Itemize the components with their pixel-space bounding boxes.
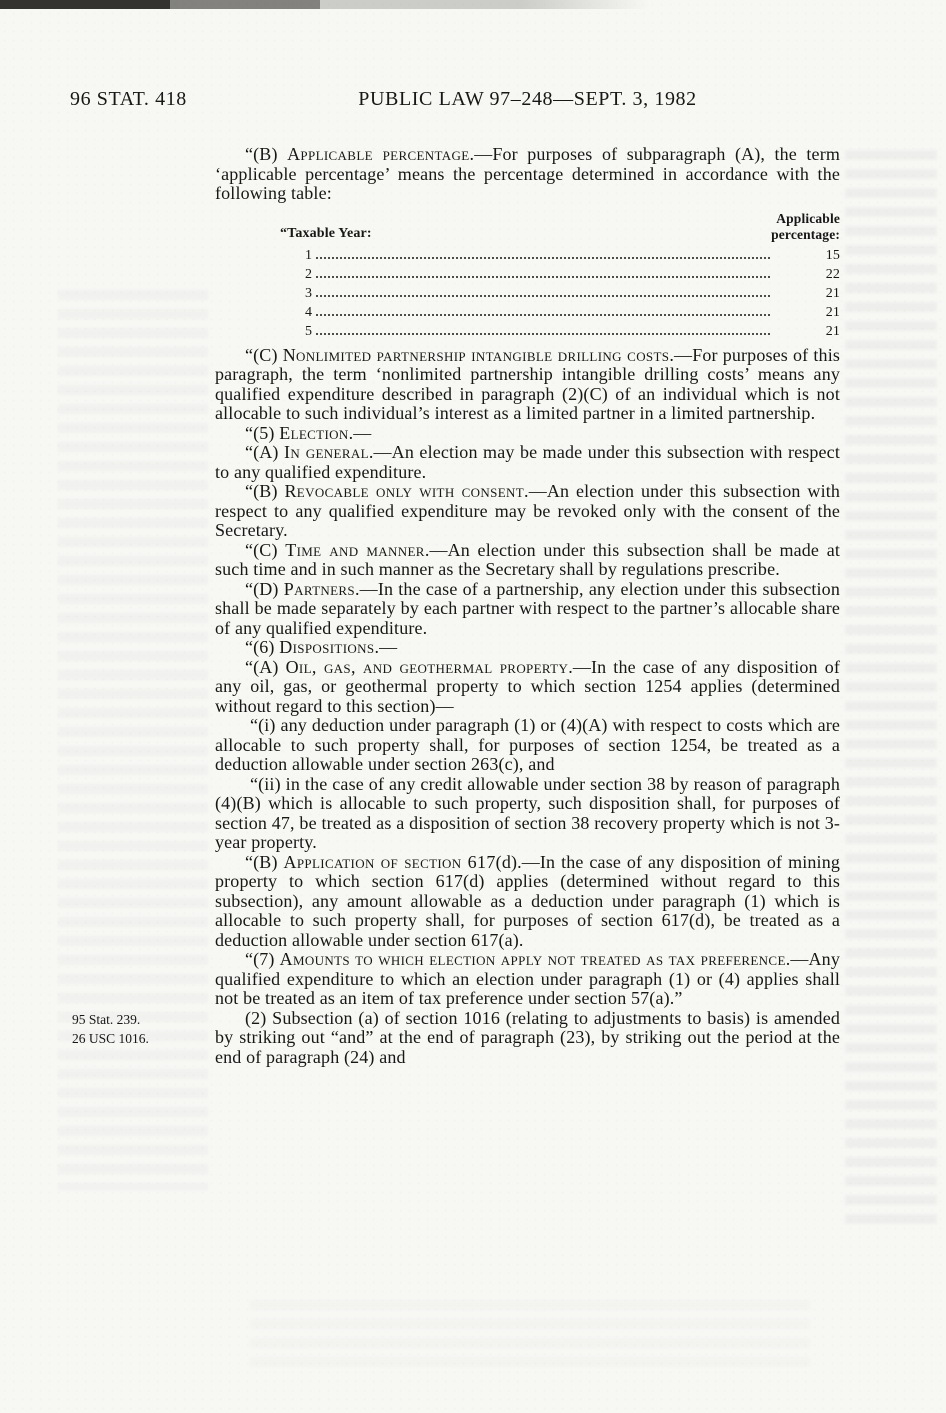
- text-run: Application of section 617: [283, 852, 495, 872]
- table-percentage-cell: 22: [804, 265, 840, 284]
- table-row: 421: [215, 303, 840, 322]
- document-page: { "header": { "stat_label": "96 STAT. 41…: [0, 0, 946, 1413]
- bleed-through-artifact: [58, 290, 208, 1190]
- text-run: “(A): [245, 657, 286, 677]
- paragraph: “(5) Election.—: [215, 424, 840, 444]
- dot-leader: [316, 314, 770, 316]
- table-row: 222: [215, 265, 840, 284]
- text-run: Nonlimited partnership intangible drilli…: [283, 345, 670, 365]
- table-year-cell: 2: [305, 265, 312, 284]
- text-run: “(5): [245, 423, 279, 443]
- paragraph: “(7) Amounts to which election apply not…: [215, 950, 840, 1009]
- page-title: PUBLIC LAW 97–248—SEPT. 3, 1982: [215, 88, 840, 111]
- paragraph: “(6) Dispositions.—: [215, 638, 840, 658]
- table-percentage-cell: 15: [804, 246, 840, 265]
- paragraph: “(B) Revocable only with consent.—An ele…: [215, 482, 840, 541]
- applicable-percentage-table: “Taxable Year:Applicablepercentage:11522…: [215, 211, 840, 341]
- text-run: “(B): [245, 481, 284, 501]
- text-run: “(6): [245, 637, 279, 657]
- margin-note-line: 95 Stat. 239.: [72, 1011, 149, 1030]
- text-run: “(i) any deduction under paragraph (1) o…: [215, 715, 840, 774]
- page-stat-number: 96 STAT. 418: [70, 88, 187, 111]
- table-col2-header-line: percentage:: [771, 227, 840, 242]
- text-run: Amounts to which election apply not trea…: [280, 949, 786, 969]
- table-year-cell: 1: [305, 246, 312, 265]
- table-row: 521: [215, 322, 840, 341]
- table-row: 321: [215, 284, 840, 303]
- dot-leader: [316, 276, 770, 278]
- text-run: “(ii) in the case of any credit allowabl…: [215, 774, 840, 853]
- bleed-through-artifact: [250, 1300, 810, 1370]
- table-col2-header-line: Applicable: [776, 211, 840, 226]
- text-run: In general: [284, 442, 369, 462]
- paragraph: “(A) In general.—An election may be made…: [215, 443, 840, 482]
- table-row: 115: [215, 246, 840, 265]
- text-run: (2) Subsection (a) of section 1016 (rela…: [215, 1008, 840, 1067]
- table-col2-header: Applicablepercentage:: [771, 211, 840, 243]
- paragraph: “(A) Oil, gas, and geothermal property.—…: [215, 658, 840, 717]
- paragraph: “(i) any deduction under paragraph (1) o…: [215, 716, 840, 775]
- dot-leader: [316, 257, 770, 259]
- text-run: “(D): [245, 579, 284, 599]
- text-run: “(7): [245, 949, 280, 969]
- text-run: “(B): [245, 144, 287, 164]
- text-run: “(C): [245, 540, 285, 560]
- paragraph: “(C) Nonlimited partnership intangible d…: [215, 346, 840, 424]
- table-header: “Taxable Year:Applicablepercentage:: [215, 211, 840, 243]
- text-run: Applicable percentage: [287, 144, 469, 164]
- table-percentage-cell: 21: [804, 322, 840, 341]
- text-run: .—: [374, 637, 397, 657]
- table-year-cell: 5: [305, 322, 312, 341]
- table-col1-header: “Taxable Year:: [280, 224, 372, 243]
- text-run: Revocable only with consent: [284, 481, 524, 501]
- paragraph: “(B) Applicable percentage.—For purposes…: [215, 145, 840, 204]
- table-year-cell: 4: [305, 303, 312, 322]
- table-percentage-cell: 21: [804, 303, 840, 322]
- text-run: Time and manner: [285, 540, 425, 560]
- text-run: “(A): [245, 442, 284, 462]
- paragraph: (2) Subsection (a) of section 1016 (rela…: [215, 1009, 840, 1068]
- margin-note-line: 26 USC 1016.: [72, 1030, 149, 1049]
- dot-leader: [316, 333, 770, 335]
- text-run: “(B): [245, 852, 283, 872]
- text-run: Election: [279, 423, 348, 443]
- table-percentage-cell: 21: [804, 284, 840, 303]
- text-run: Partners: [284, 579, 355, 599]
- text-flow: “(B) Applicable percentage.—For purposes…: [215, 145, 840, 1067]
- scan-smudge-artifact: [0, 0, 650, 9]
- paragraph: “(D) Partners.—In the case of a partners…: [215, 580, 840, 639]
- paragraph: “(C) Time and manner.—An election under …: [215, 541, 840, 580]
- bleed-through-artifact: [845, 150, 937, 1230]
- paragraph: “(B) Application of section 617(d).—In t…: [215, 853, 840, 951]
- margin-note: 95 Stat. 239. 26 USC 1016.: [72, 1011, 149, 1048]
- text-run: .—: [349, 423, 372, 443]
- dot-leader: [316, 295, 770, 297]
- text-run: Dispositions: [279, 637, 374, 657]
- table-year-cell: 3: [305, 284, 312, 303]
- paragraph: “(ii) in the case of any credit allowabl…: [215, 775, 840, 853]
- text-run: Oil, gas, and geothermal property: [286, 657, 569, 677]
- text-run: “(C): [245, 345, 283, 365]
